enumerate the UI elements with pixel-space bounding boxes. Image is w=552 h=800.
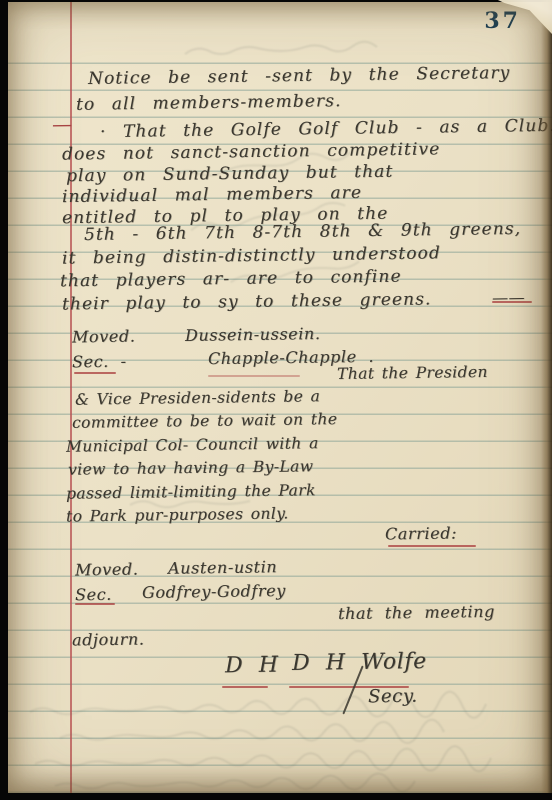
handwritten-line: to all members-members. [76,91,342,115]
moved-label: Moved. [72,327,136,347]
signature-title: Secy. [368,686,418,708]
mover-name: Dussein-ussein. [185,324,321,345]
handwritten-line: adjourn. [72,629,145,649]
red-underline [222,686,268,688]
handwritten-line: view to hav having a By-Law [68,457,314,478]
page-number: 37 [484,8,521,34]
signature-initials: D H [225,653,279,679]
red-underline [388,545,476,547]
carried-note: Carried: [385,523,457,543]
red-underline [74,372,116,374]
closing-dash-red-underline [492,301,532,303]
red-paragraph-dash: — [52,112,73,136]
seconder-name: Godfrey-Godfrey [142,581,286,602]
handwritten-line: individual mal members are [62,183,362,207]
seconded-label: Sec. [75,585,112,605]
scanned-minute-book-page: 37 Notice be sent -sent by the Secretary… [0,0,552,800]
handwritten-line: that the meeting [338,602,495,623]
moved-label: Moved. [75,560,139,580]
closing-dash: —— [492,288,525,307]
handwritten-line: passed limit-limiting the Park [66,481,316,502]
handwritten-line: committee to be to wait on the [72,410,338,432]
handwritten-line: & Vice Presiden-sidents be a [75,387,320,408]
handwritten-line: That the Presiden [337,363,488,383]
handwritten-line: to Park pur-purposes only. [66,504,289,525]
red-underline [75,603,115,605]
red-underline [208,375,300,377]
mover-name: Austen-ustin [168,557,278,578]
seconded-label: Sec. - [72,352,127,372]
handwritten-line: Municipal Col- Council with a [66,434,319,456]
